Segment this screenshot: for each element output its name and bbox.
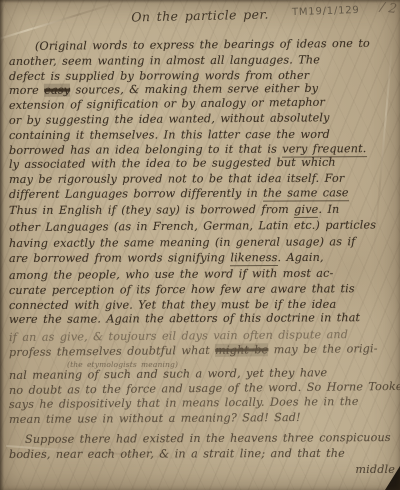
page-vignette <box>0 0 400 490</box>
manuscript-page: TM19/1/129 / 2 On the particle per. (Ori… <box>0 0 400 490</box>
